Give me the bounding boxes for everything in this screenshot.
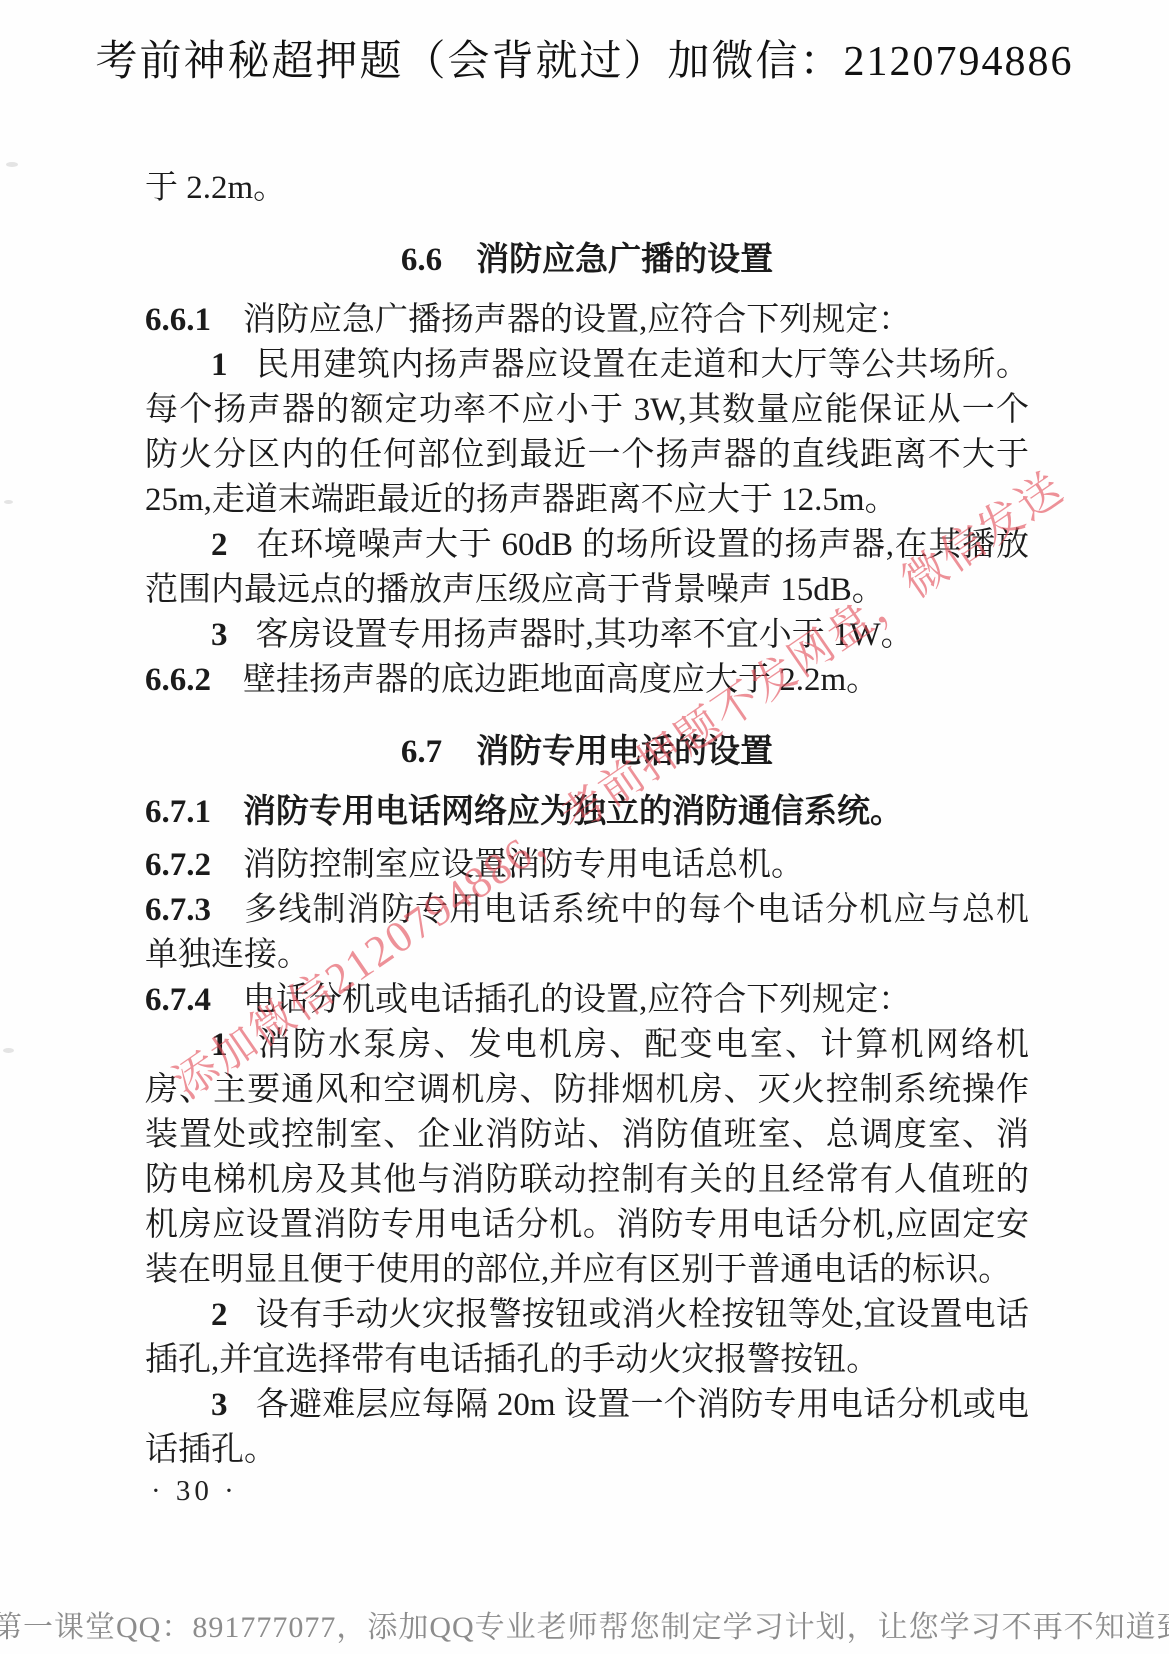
item-text: 各避难层应每隔 20m 设置一个消防专用电话分机或电话插孔。: [145, 1387, 1029, 1468]
clause-6-7-4: 6.7.4电话分机或电话插孔的设置,应符合下列规定：: [145, 978, 1029, 1023]
list-item-1: 1消防水泵房、发电机房、配变电室、计算机网络机房、主要通风和空调机房、防排烟机房…: [145, 1023, 1029, 1293]
promo-banner-text: 考前神秘超押题（会背就过）加微信：2120794886: [0, 0, 1169, 90]
page-number: · 30 ·: [151, 1475, 1169, 1508]
clause-label: 6.7.3: [145, 892, 211, 928]
section-number: 6.6: [401, 242, 442, 278]
clause-text: 电话分机或电话插孔的设置,应符合下列规定：: [243, 982, 911, 1018]
item-text: 消防水泵房、发电机房、配变电室、计算机网络机房、主要通风和空调机房、防排烟机房、…: [145, 1027, 1029, 1288]
clause-label: 6.6.2: [145, 662, 211, 698]
clause-6-7-2: 6.7.2消防控制室应设置消防专用电话总机。: [145, 843, 1029, 888]
footer-promo-text: 第一课堂QQ：891777077，添加QQ专业老师帮您制定学习计划，让您学习不再…: [0, 1602, 1169, 1646]
clause-text: 多线制消防专用电话系统中的每个电话分机应与总机单独连接。: [145, 892, 1029, 973]
section-title: 消防应急广播的设置: [476, 242, 773, 278]
clause-label: 6.7.4: [145, 982, 211, 1018]
scanned-document-page: 考前神秘超押题（会背就过）加微信：2120794886 于 2.2m。 6.6消…: [0, 0, 1169, 1654]
item-text: 客房设置专用扬声器时,其功率不宜小于 1W。: [256, 617, 914, 653]
section-title: 消防专用电话的设置: [476, 734, 773, 770]
list-item-3: 3各避难层应每隔 20m 设置一个消防专用电话分机或电话插孔。: [145, 1383, 1029, 1473]
item-label: 1: [211, 1027, 228, 1063]
clause-label: 6.7.2: [145, 847, 211, 883]
item-text: 在环境噪声大于 60dB 的场所设置的扬声器,在其播放范围内最远点的播放声压级应…: [145, 527, 1029, 608]
list-item-2: 2设有手动火灾报警按钮或消火栓按钮等处,宜设置电话插孔,并宜选择带有电话插孔的手…: [145, 1293, 1029, 1383]
clause-text: 消防应急广播扬声器的设置,应符合下列规定：: [243, 302, 911, 338]
list-item-3: 3客房设置专用扬声器时,其功率不宜小于 1W。: [145, 613, 1029, 658]
section-heading-6-6: 6.6消防应急广播的设置: [145, 238, 1029, 283]
scan-artifact: [6, 162, 18, 167]
item-text: 设有手动火灾报警按钮或消火栓按钮等处,宜设置电话插孔,并宜选择带有电话插孔的手动…: [145, 1297, 1029, 1378]
item-label: 2: [211, 527, 228, 563]
clause-text: 消防控制室应设置消防专用电话总机。: [243, 847, 804, 883]
clause-label: 6.6.1: [145, 302, 211, 338]
item-label: 1: [211, 347, 228, 383]
clause-6-6-1: 6.6.1消防应急广播扬声器的设置,应符合下列规定：: [145, 298, 1029, 343]
list-item-1: 1民用建筑内扬声器应设置在走道和大厅等公共场所。每个扬声器的额定功率不应小于 3…: [145, 343, 1029, 523]
item-label: 3: [211, 1387, 228, 1423]
scan-artifact: [4, 500, 13, 504]
clause-text: 壁挂扬声器的底边距地面高度应大于 2.2m。: [243, 662, 879, 698]
clause-6-7-3: 6.7.3多线制消防专用电话系统中的每个电话分机应与总机单独连接。: [145, 888, 1029, 978]
item-label: 3: [211, 617, 228, 653]
section-heading-6-7: 6.7消防专用电话的设置: [145, 730, 1029, 775]
clause-text: 消防专用电话网络应为独立的消防通信系统。: [243, 794, 903, 830]
clause-6-6-2: 6.6.2壁挂扬声器的底边距地面高度应大于 2.2m。: [145, 658, 1029, 703]
clause-label: 6.7.1: [145, 794, 211, 830]
document-body: 于 2.2m。 6.6消防应急广播的设置 6.6.1消防应急广播扬声器的设置,应…: [145, 166, 1029, 1473]
item-text: 民用建筑内扬声器应设置在走道和大厅等公共场所。每个扬声器的额定功率不应小于 3W…: [145, 347, 1029, 518]
list-item-2: 2在环境噪声大于 60dB 的场所设置的扬声器,在其播放范围内最远点的播放声压级…: [145, 523, 1029, 613]
clause-6-7-1: 6.7.1消防专用电话网络应为独立的消防通信系统。: [145, 790, 1029, 835]
scan-artifact: [3, 1048, 14, 1053]
section-number: 6.7: [401, 734, 442, 770]
item-label: 2: [211, 1297, 228, 1333]
carryover-paragraph: 于 2.2m。: [145, 166, 1029, 211]
